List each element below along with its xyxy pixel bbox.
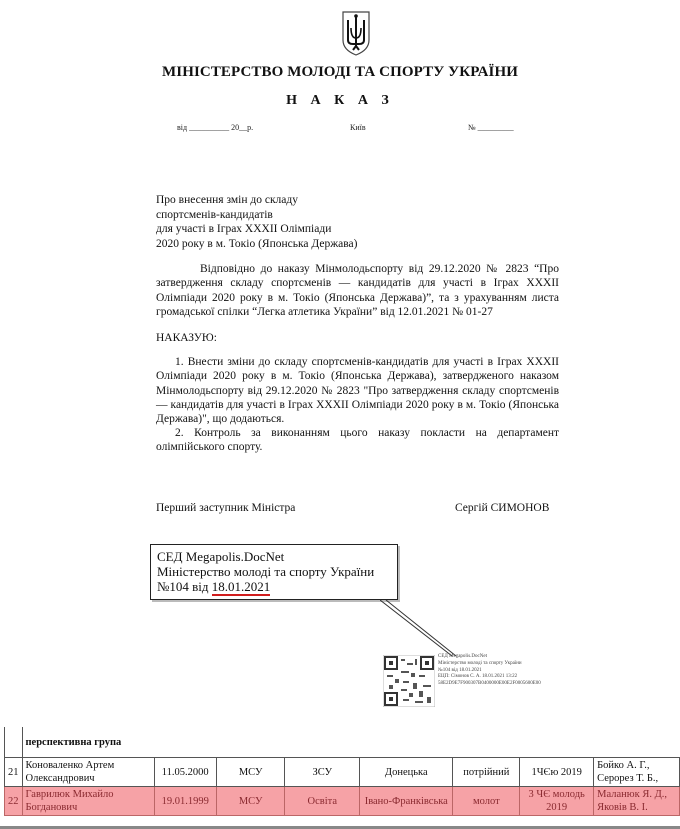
order-subject: Про внесення змін до складу спортсменів-… <box>156 193 357 251</box>
number-field: № _________ <box>468 123 514 132</box>
region: Донецька <box>360 758 453 787</box>
digital-stamp-text: СЕД Megapolis.DocNet Міністерство молоді… <box>438 654 541 688</box>
birth-date: 19.01.1999 <box>154 787 216 816</box>
event: потрійний <box>453 758 520 787</box>
signatory-name: Сергій СИМОНОВ <box>455 502 549 514</box>
row-number: 22 <box>5 787 23 816</box>
ministry-title: МІНІСТЕРСТВО МОЛОДІ ТА СПОРТУ УКРАЇНИ <box>0 64 680 81</box>
qr-code-icon <box>383 655 435 707</box>
birth-date: 11.05.2000 <box>154 758 216 787</box>
callout-system: СЕД Megapolis.DocNet <box>157 549 391 564</box>
registration-callout: СЕД Megapolis.DocNet Міністерство молоді… <box>150 544 398 600</box>
callout-ministry: Міністерство молоді та спорту України <box>157 564 391 579</box>
stamp-line: №104 від 18.01.2021 <box>438 668 541 675</box>
signatory-role: Перший заступник Міністра <box>156 502 295 514</box>
coaches: Бойко А. Г., Серорез Т. Б., <box>594 758 680 787</box>
order-word: НАКАЗУЮ: <box>156 332 217 344</box>
athlete-name: Гаврилюк Михайло Богданович <box>22 787 154 816</box>
group-header-row: перспективна група <box>5 727 680 758</box>
athletes-table: перспективна група 21 Коноваленко Артем … <box>4 727 680 816</box>
subject-line: для участі в Іграх XXXII Олімпіади <box>156 222 357 237</box>
stamp-line: ЕЦП: Сімонов С. А. 18.01.2021 13:22 <box>438 674 541 681</box>
sport-rank: МСУ <box>216 787 285 816</box>
best-result: 1ЧЄю 2019 <box>520 758 594 787</box>
order-item-2: 2. Контроль за виконанням цього наказу п… <box>156 426 559 455</box>
athlete-name: Коноваленко Артем Олександрович <box>22 758 154 787</box>
stamp-line: СЕД Megapolis.DocNet <box>438 654 541 661</box>
callout-number: №104 від <box>157 579 212 594</box>
callout-date: 18.01.2021 <box>212 579 271 596</box>
stamp-line: Міністерство молоді та спорту України <box>438 661 541 668</box>
event: молот <box>453 787 520 816</box>
organization: ЗСУ <box>285 758 360 787</box>
callout-reg-number: №104 від 18.01.2021 <box>157 579 391 594</box>
sport-rank: МСУ <box>216 758 285 787</box>
subject-line: 2020 року в м. Токіо (Японська Держава) <box>156 237 357 252</box>
city: Київ <box>350 123 366 132</box>
group-label: перспективна група <box>22 727 680 758</box>
stamp-line: 58E2D9E7F900307B0400000E00E2F0005600E00 <box>438 681 541 688</box>
subject-line: Про внесення змін до складу <box>156 193 357 208</box>
subject-line: спортсменів-кандидатів <box>156 208 357 223</box>
organization: Освіта <box>285 787 360 816</box>
document-type: Н А К А З <box>0 93 680 109</box>
preamble-paragraph: Відповідно до наказу Мінмолодьспорту від… <box>156 262 559 319</box>
order-item-1: 1. Внести зміни до складу спортсменів-ка… <box>156 355 559 426</box>
row-number: 21 <box>5 758 23 787</box>
callout-pointer <box>380 598 460 660</box>
date-field: від __________ 20__р. <box>177 123 253 132</box>
table-row-highlighted: 22 Гаврилюк Михайло Богданович 19.01.199… <box>5 787 680 816</box>
table-row: 21 Коноваленко Артем Олександрович 11.05… <box>5 758 680 787</box>
coaches: Маланюк Я. Д., Яковів В. І. <box>594 787 680 816</box>
best-result: 3 ЧЄ молодь 2019 <box>520 787 594 816</box>
region: Івано-Франківська <box>360 787 453 816</box>
trident-coat-of-arms-icon <box>341 10 371 56</box>
